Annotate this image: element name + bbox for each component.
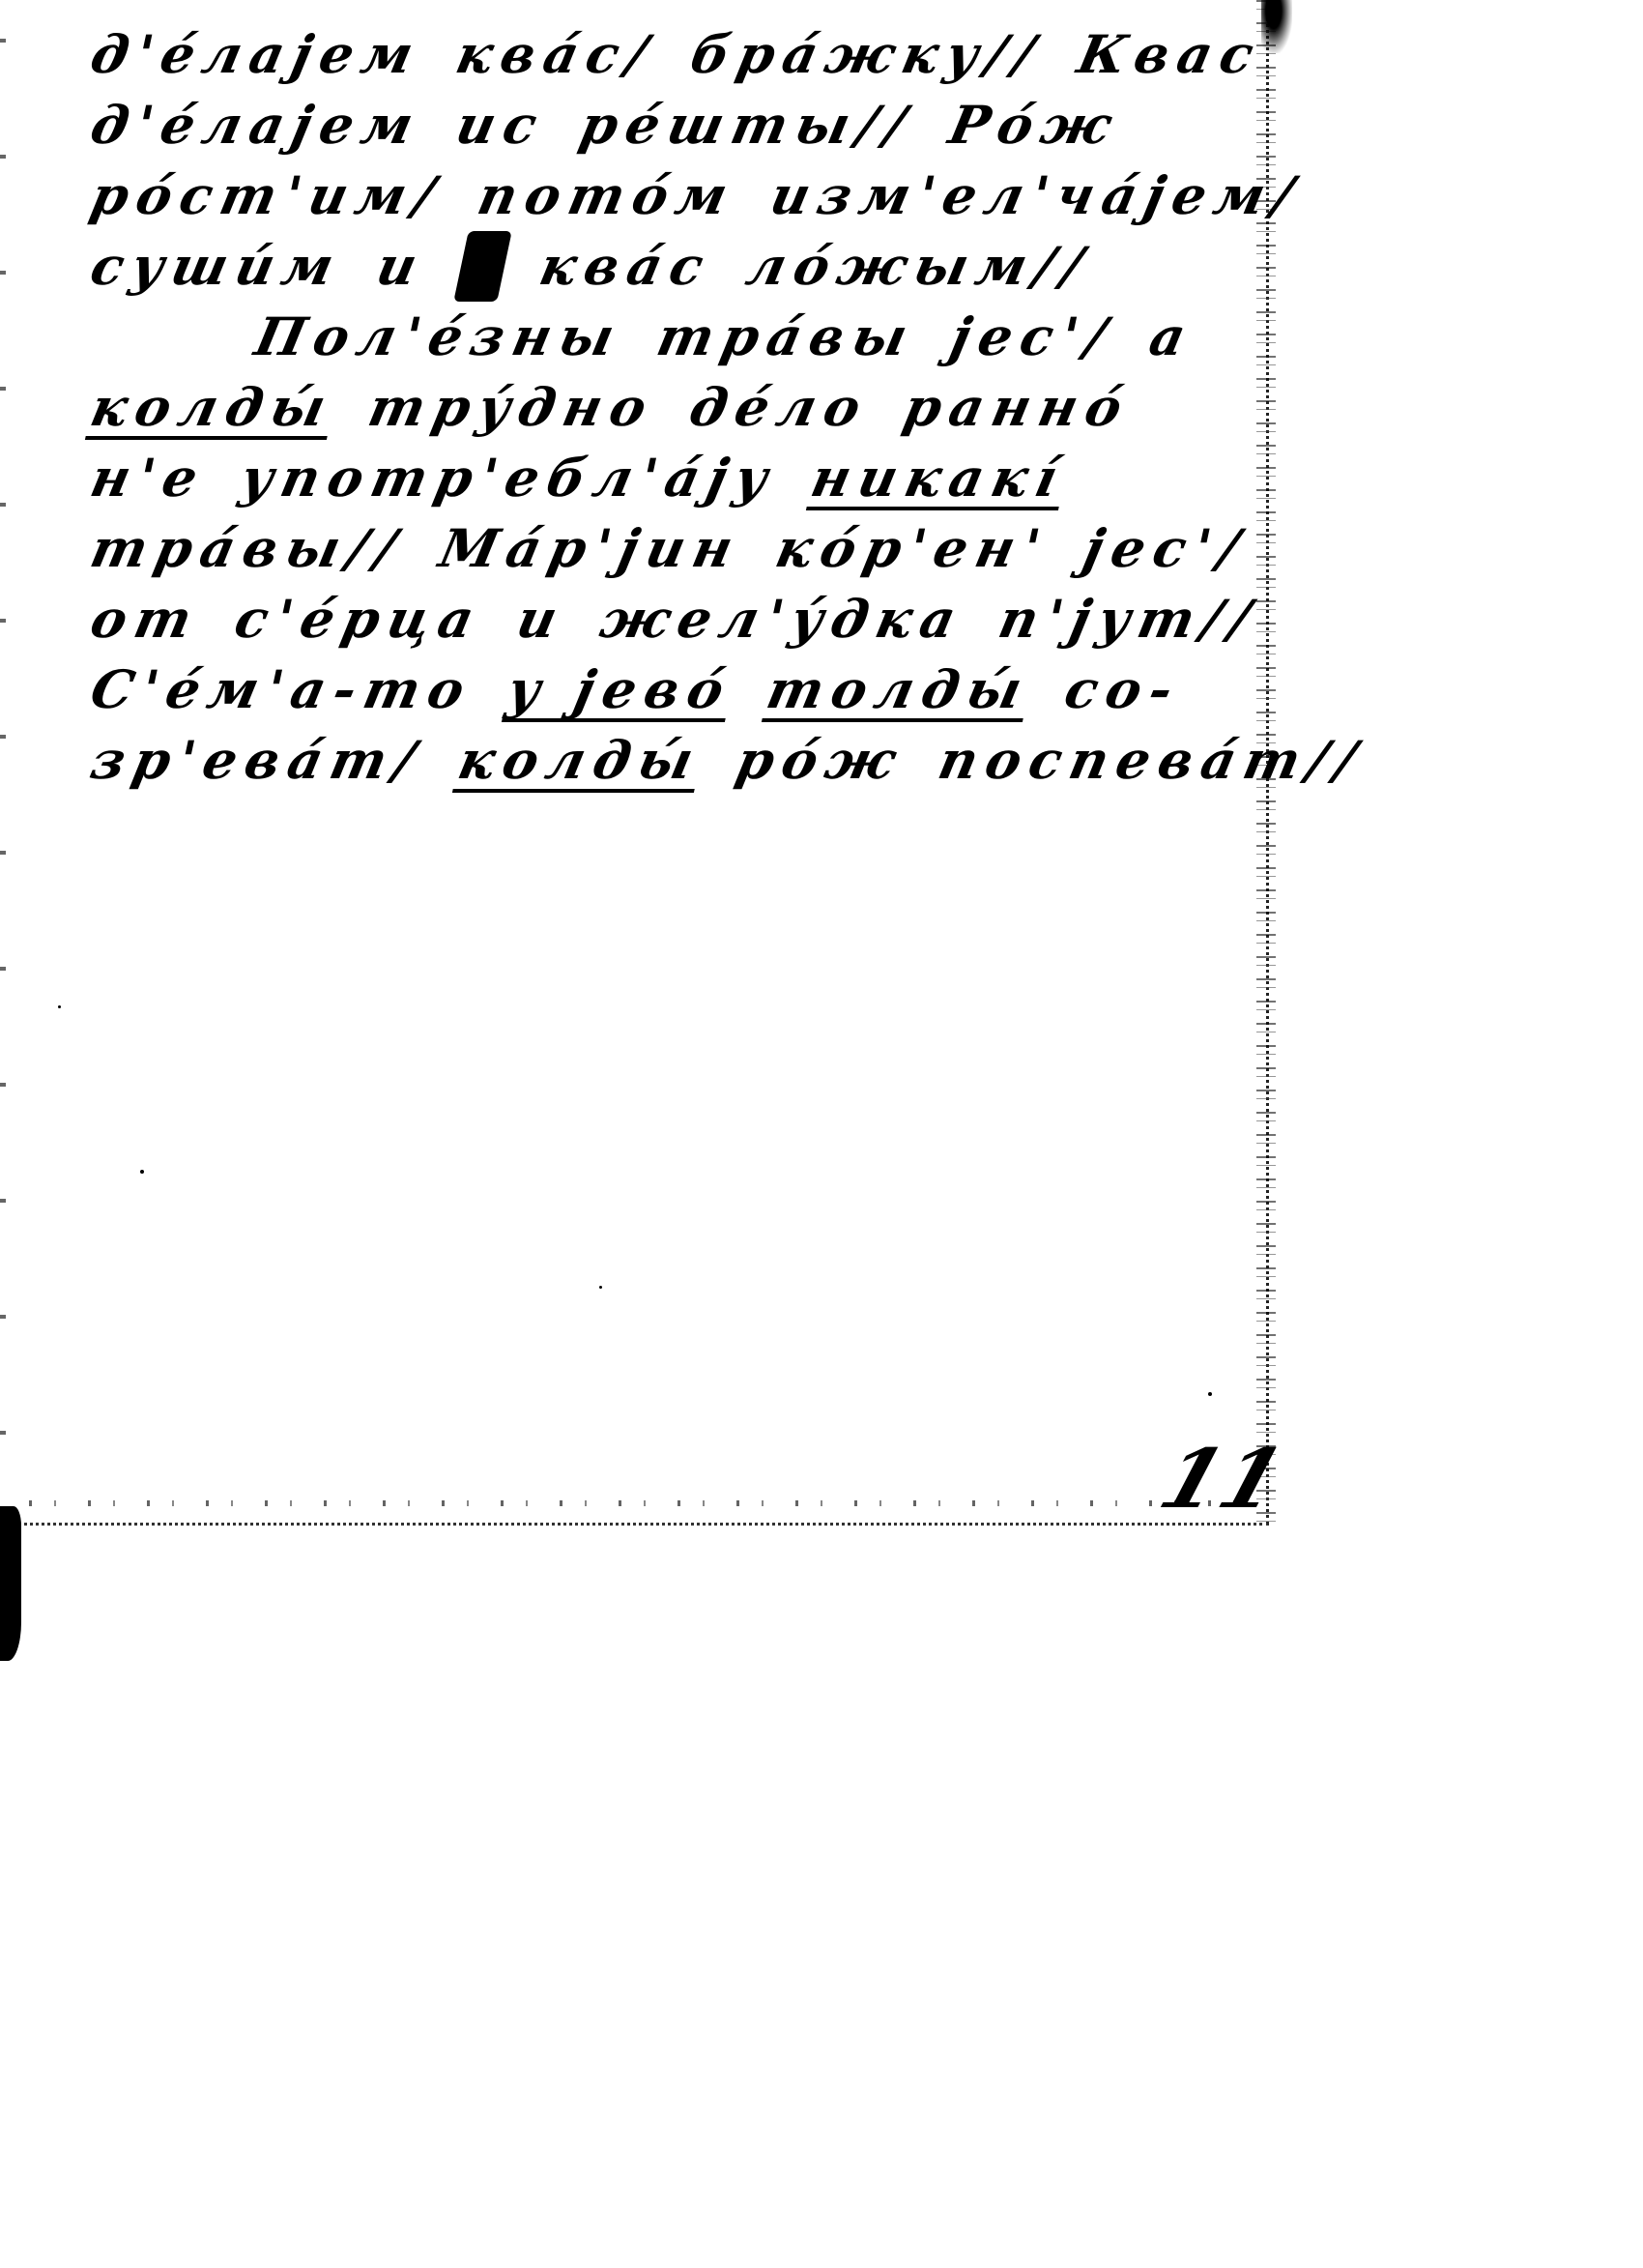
word: Ма́р'јин <box>433 513 748 584</box>
word: де́ло <box>683 372 876 443</box>
text-line-11: зр'ева́т/колды́ро́жпоспева́т// <box>84 725 1279 796</box>
text-line-1: д'е́лајемква́с/бра́жку//Квас <box>84 19 1279 90</box>
underlined-word: колды́ <box>452 733 706 793</box>
word: ро́ст'им/ <box>84 160 449 231</box>
word: ре́шты// <box>574 90 921 160</box>
word: а <box>1143 302 1201 372</box>
word: ис <box>449 90 552 160</box>
word: жел'у́дка <box>594 584 971 654</box>
text-line-5: Пол'е́знытра́выјес'/а <box>84 302 1279 372</box>
word: Ро́ж <box>942 90 1126 160</box>
word: н'е <box>84 443 213 513</box>
word: с'е́рца <box>228 584 488 654</box>
text-line-8: тра́вы//Ма́р'јинко́р'ен'јес'/ <box>84 513 1279 584</box>
word: и <box>370 231 432 302</box>
word: бра́жку// <box>684 19 1050 90</box>
page-left-edge-shadow <box>0 0 6 1523</box>
manuscript-page: д'е́лајемква́с/бра́жку//Квас д'е́лајемис… <box>0 0 1269 1526</box>
word: тра́вы// <box>84 513 411 584</box>
text-line-10: С'е́м'а-тоу јево́толды́со- <box>84 654 1279 725</box>
word: пото́м <box>472 160 742 231</box>
word: ко́р'ен' <box>769 513 1055 584</box>
word: ло́жым// <box>740 231 1098 302</box>
word: зр'ева́т/ <box>84 725 430 796</box>
scan-speck <box>599 1286 602 1289</box>
word: п'јут// <box>993 584 1266 654</box>
word: јес'/ <box>944 302 1122 372</box>
word: д'е́лајем <box>84 19 428 90</box>
left-margin-ink-blot <box>0 1506 21 1661</box>
text-line-7: н'еупотр'ебл'а́јуникакі́ <box>84 443 1279 513</box>
word: С'е́м'а-то <box>84 654 479 725</box>
word: Квас <box>1072 19 1269 90</box>
word: употр'ебл'а́ју <box>235 443 784 513</box>
word: ква́с/ <box>449 19 662 90</box>
word: јес'/ <box>1077 513 1254 584</box>
text-line-4: суши́мивква́сло́жым// <box>84 231 1279 302</box>
text-line-9: отс'е́рцаижел'у́дкап'јут// <box>84 584 1279 654</box>
scan-speck <box>58 1005 61 1008</box>
page-bottom-edge <box>29 1500 1247 1506</box>
text-line-2: д'е́лајемисре́шты//Ро́ж <box>84 90 1279 160</box>
text-line-3: ро́ст'им/пото́мизм'ел'ча́јем/ <box>84 160 1279 231</box>
word: ква́с <box>533 231 718 302</box>
word: и <box>510 584 572 654</box>
word: изм'ел'ча́јем/ <box>764 160 1309 231</box>
struck-word: в <box>453 231 511 302</box>
word: тру́дно <box>362 372 662 443</box>
underlined-word: толды́ <box>762 662 1035 722</box>
word: д'е́лајем <box>84 90 428 160</box>
underlined-word: никакі́ <box>805 451 1070 510</box>
underlined-word: у јево́ <box>502 662 737 722</box>
scan-speck <box>140 1170 144 1174</box>
word: поспева́т// <box>933 725 1371 796</box>
text-line-6: колды́тру́дноде́лоранно́ <box>84 372 1279 443</box>
word: ранно́ <box>897 372 1137 443</box>
word: суши́м <box>84 231 348 302</box>
word: Пол'е́зны <box>248 302 629 372</box>
handwritten-text-block: д'е́лајемква́с/бра́жку//Квас д'е́лајемис… <box>92 19 1271 796</box>
word: со- <box>1058 654 1188 725</box>
word: от <box>84 584 207 654</box>
word: ро́ж <box>730 725 910 796</box>
scan-speck <box>1208 1392 1212 1396</box>
word: тра́вы <box>650 302 922 372</box>
underlined-word: колды́ <box>85 380 339 440</box>
